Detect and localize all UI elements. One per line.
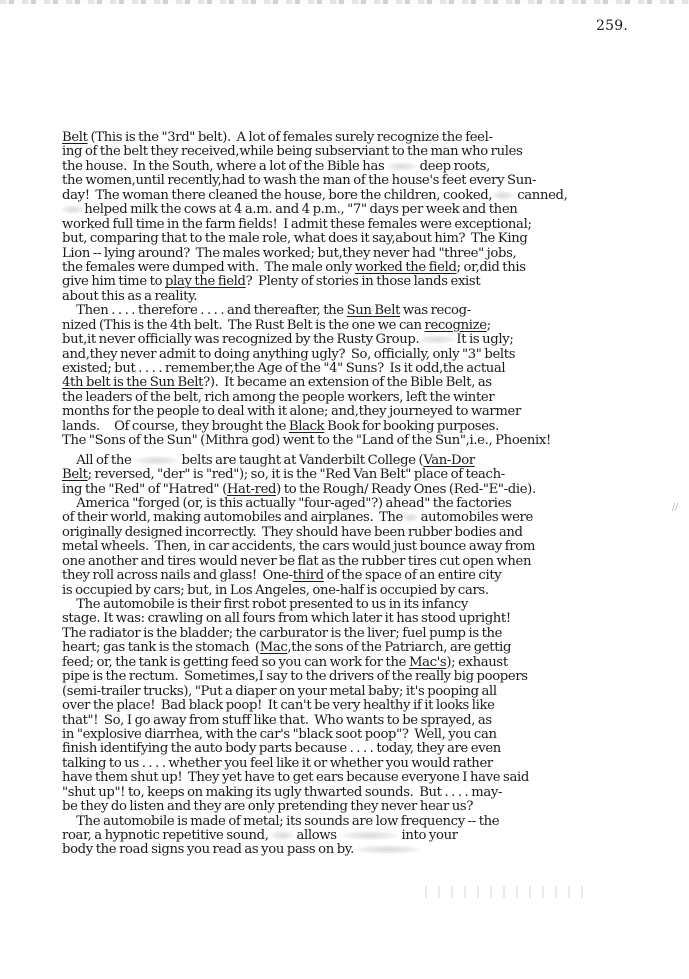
text-line: about this as a reality.: [62, 290, 682, 304]
text-line: day! The woman there cleaned the house, …: [62, 189, 682, 203]
ink-smudge: [387, 162, 417, 171]
text-line: ing the "Red" of "Hatred" (Hat-red) to t…: [62, 483, 682, 497]
scan-edge-artifact: [0, 0, 689, 4]
text-line: finish identifying the auto body parts b…: [62, 742, 682, 756]
text-line: roar, a hypnotic repetitive sound, allow…: [62, 829, 682, 843]
text-line: but,it never officially was recognized b…: [62, 333, 682, 347]
text-line: the females were dumped with. The male o…: [62, 261, 682, 275]
page-number: 259.: [596, 18, 628, 34]
text-line: they roll across nails and glass! One-th…: [62, 569, 682, 583]
text-line: originally designed incorrectly. They sh…: [62, 526, 682, 540]
ink-smudge: [62, 205, 84, 214]
text-line: pipe is the rectum. Sometimes,I say to t…: [62, 670, 682, 684]
text-line: lands. Of course, they brought the Black…: [62, 420, 682, 434]
ink-smudge: [492, 191, 514, 200]
scan-noise: [420, 886, 590, 898]
underlined-text: Mac: [260, 640, 288, 655]
text-line: body the road signs you read as you pass…: [62, 843, 682, 857]
text-line: stage. It was: crawling on all fours fro…: [62, 612, 682, 626]
text-line: (semi-trailer trucks), "Put a diaper on …: [62, 685, 682, 699]
text-line: The automobile is their first robot pres…: [62, 598, 682, 612]
text-line: Belt; reversed, "der" is "red"); so, it …: [62, 468, 682, 482]
underlined-text: 4th belt is the Sun Belt: [62, 375, 203, 390]
text-line: of their world, making automobiles and a…: [62, 511, 682, 525]
underlined-text: third: [293, 568, 324, 583]
text-line: nized (This is the 4th belt. The Rust Be…: [62, 319, 682, 333]
text-line: but, comparing that to the male role, wh…: [62, 232, 682, 246]
text-line: America "forged (or, is this actually "f…: [62, 497, 682, 511]
text-line: Belt (This is the "3rd" belt). A lot of …: [62, 131, 682, 145]
text-line: one another and tires would never be fla…: [62, 555, 682, 569]
underlined-text: Van-Dor: [423, 453, 475, 468]
text-line: over the place! Bad black poop! It can't…: [62, 699, 682, 713]
ink-smudge: [134, 456, 178, 465]
text-line: in "explosive diarrhea, with the car's "…: [62, 728, 682, 742]
underlined-text: Black: [289, 419, 324, 434]
underlined-text: Hat-red: [227, 482, 276, 497]
text-line: Lion -- lying around? The males worked; …: [62, 247, 682, 261]
underlined-text: worked the field: [355, 260, 457, 275]
text-line: existed; but . . . . remember,the Age of…: [62, 362, 682, 376]
underlined-text: recognize: [424, 318, 486, 333]
text-line: worked full time in the farm fields! I a…: [62, 218, 682, 232]
text-line: All of the belts are taught at Vanderbil…: [62, 454, 682, 468]
text-line: is occupied by cars; but, in Los Angeles…: [62, 584, 682, 598]
text-line: the women,until recently,had to wash the…: [62, 174, 682, 188]
underlined-text: play the field: [165, 274, 246, 289]
ink-smudge: [340, 831, 399, 840]
text-line: give him time to play the field? Plenty …: [62, 275, 682, 289]
underlined-text: Belt: [62, 130, 88, 145]
text-line: and,they never admit to doing anything u…: [62, 348, 682, 362]
text-line: metal wheels. Then, in car accidents, th…: [62, 540, 682, 554]
text-line: feed; or, the tank is getting feed so yo…: [62, 656, 682, 670]
text-line: heart; gas tank is the stomach (Mac,the …: [62, 641, 682, 655]
text-line: have them shut up! They yet have to get …: [62, 771, 682, 785]
text-line: The automobile is made of metal; its sou…: [62, 815, 682, 829]
underlined-text: Mac's: [409, 655, 446, 670]
ink-smudge: [271, 831, 293, 840]
text-line: Then . . . . therefore . . . . and there…: [62, 304, 682, 318]
text-line: "shut up"! to, keeps on making its ugly …: [62, 786, 682, 800]
document-body: Belt (This is the "3rd" belt). A lot of …: [62, 131, 682, 858]
underlined-text: Belt: [62, 467, 88, 482]
text-line: be they do listen and they are only pret…: [62, 800, 682, 814]
margin-mark: //: [672, 503, 678, 513]
text-line: ing of the belt they received,while bein…: [62, 145, 682, 159]
text-line: the leaders of the belt, rich among the …: [62, 391, 682, 405]
text-line: 4th belt is the Sun Belt?). It became an…: [62, 376, 682, 390]
text-line: the house. In the South, where a lot of …: [62, 160, 682, 174]
text-line: The radiator is the bladder; the carbura…: [62, 627, 682, 641]
text-line: helped milk the cows at 4 a.m. and 4 p.m…: [62, 203, 682, 217]
text-line: The "Sons of the Sun" (Mithra god) went …: [62, 434, 682, 448]
underlined-text: Sun Belt: [347, 303, 400, 318]
ink-smudge: [403, 513, 418, 522]
text-line: talking to us . . . . whether you feel l…: [62, 757, 682, 771]
ink-smudge: [419, 335, 456, 344]
ink-smudge: [354, 845, 421, 854]
text-line: that"! So, I go away from stuff like tha…: [62, 714, 682, 728]
text-line: months for the people to deal with it al…: [62, 405, 682, 419]
